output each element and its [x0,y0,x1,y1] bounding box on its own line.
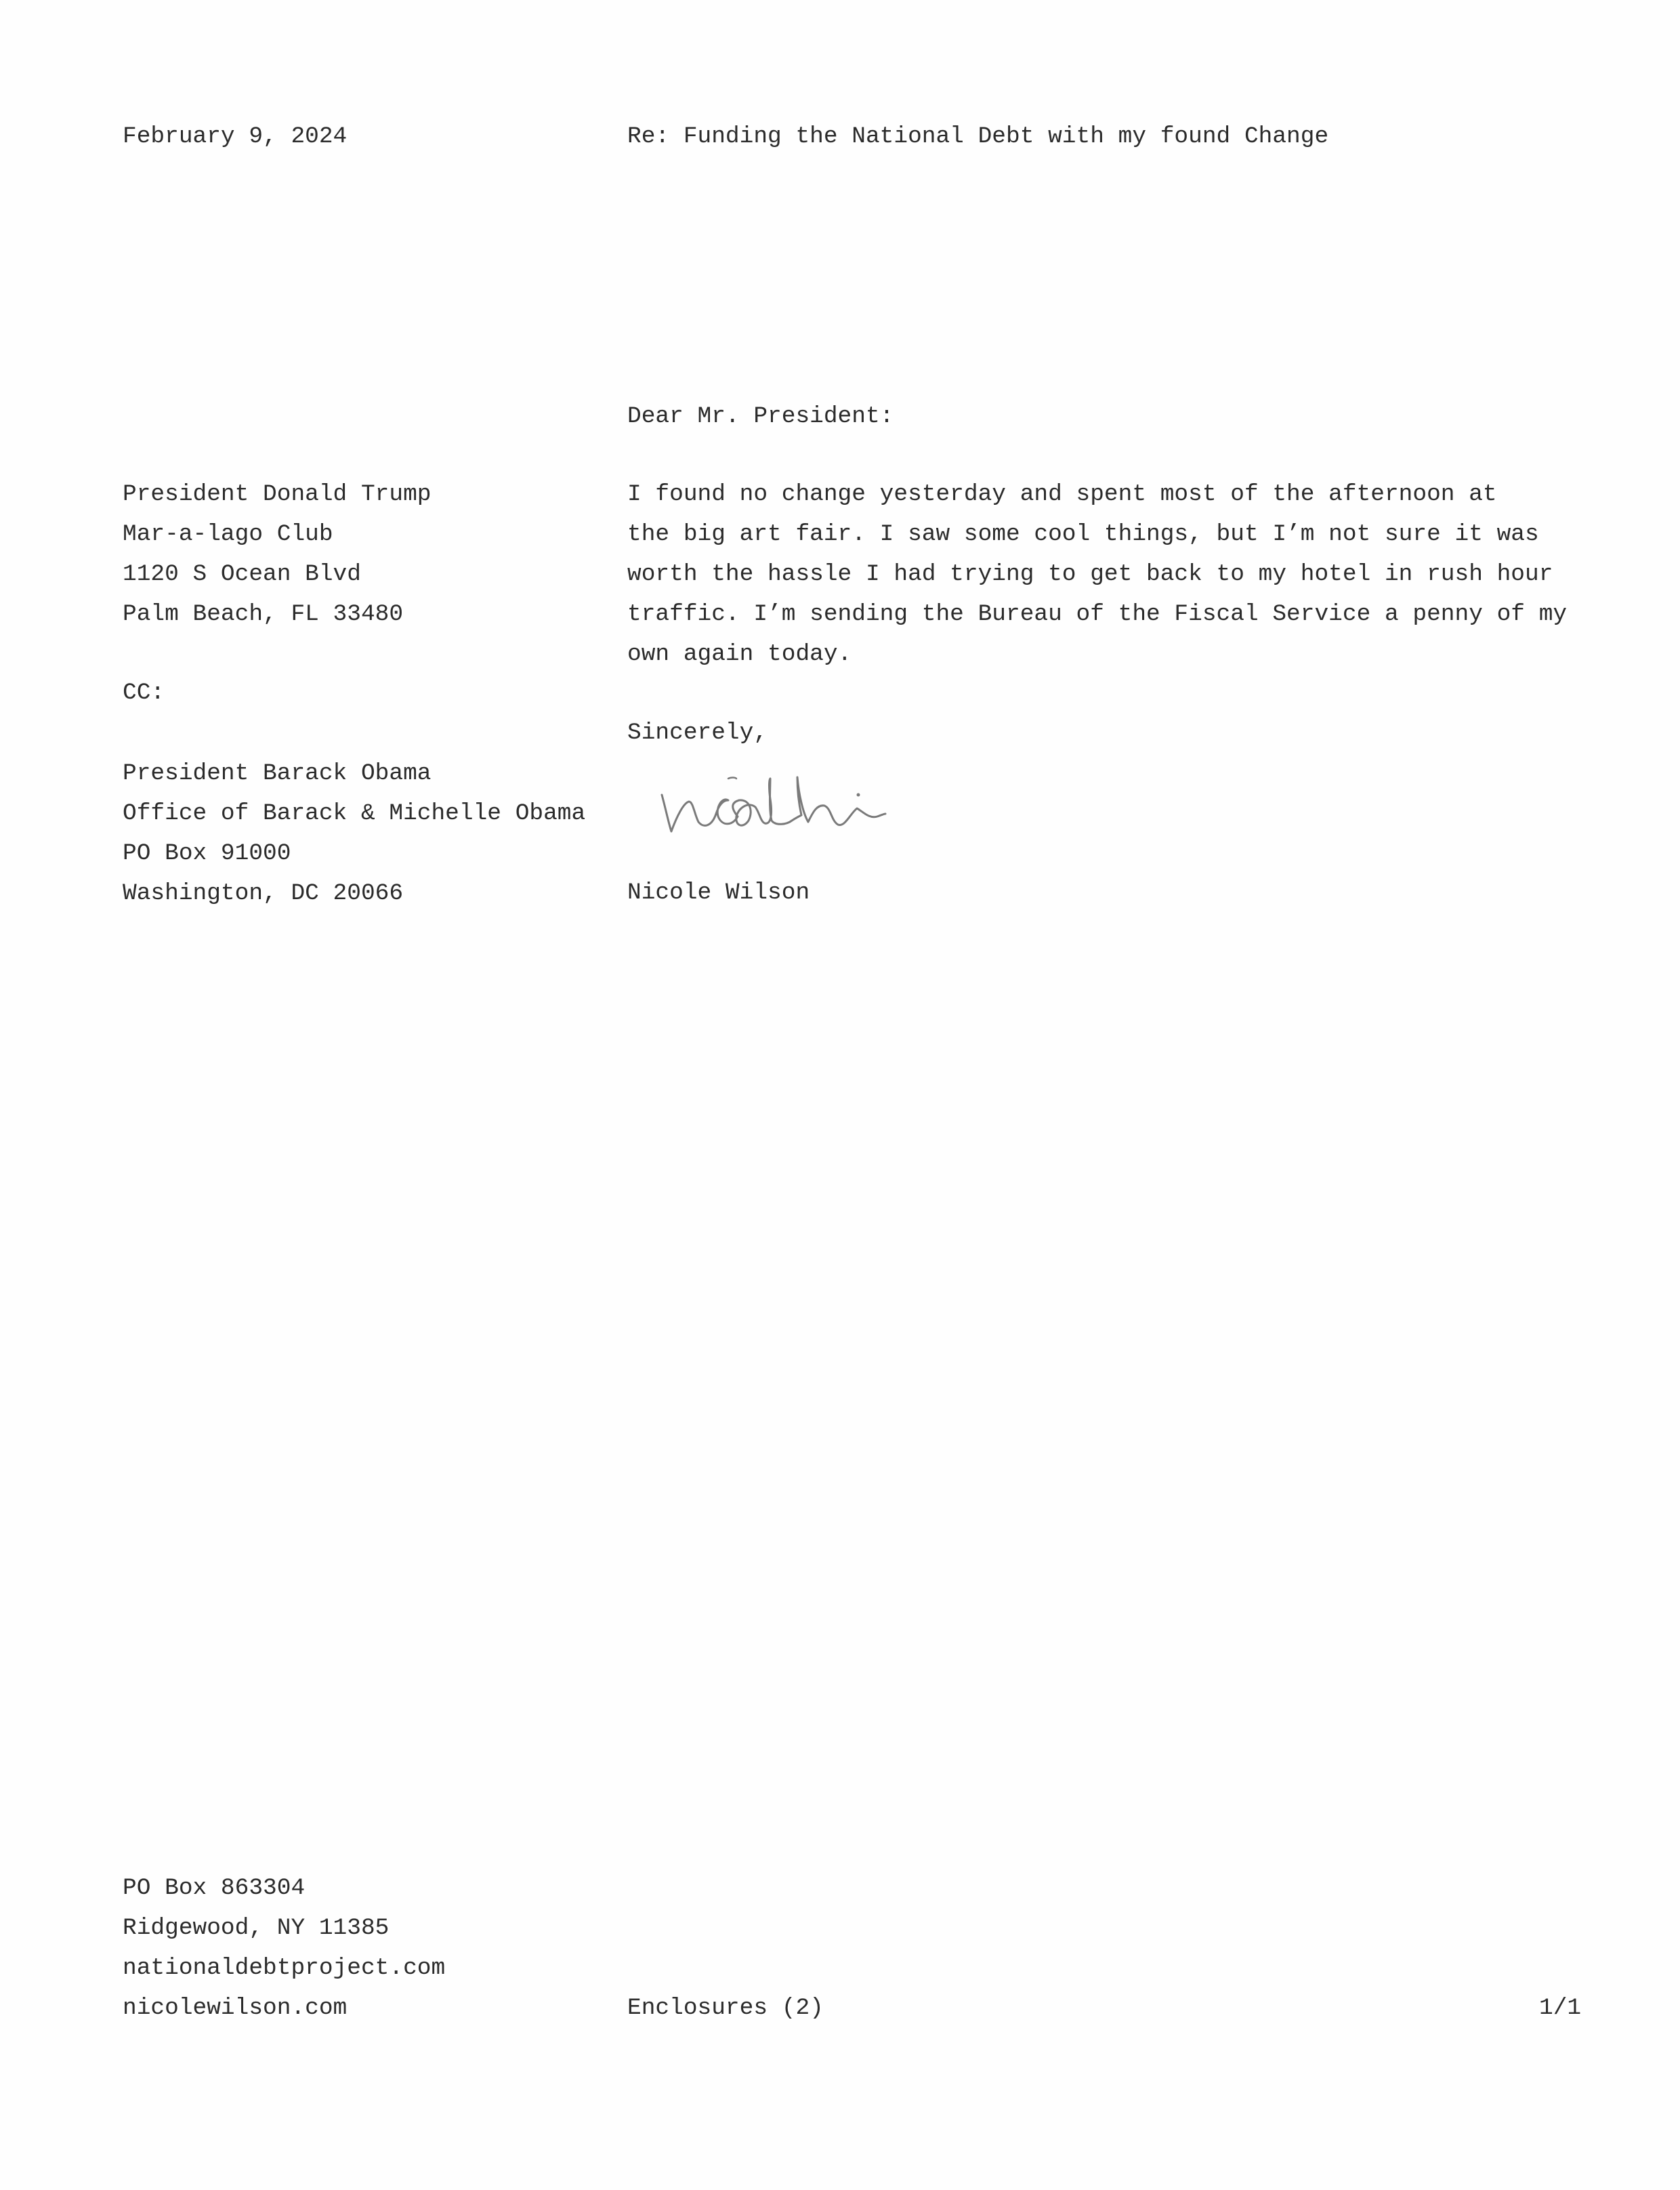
letter-subject: Re: Funding the National Debt with my fo… [627,117,1328,157]
cc-recipient-office: Office of Barack & Michelle Obama [123,793,585,833]
cc-recipient-pobox: PO Box 91000 [123,833,585,873]
salutation: Dear Mr. President: [627,396,894,436]
recipient-city: Palm Beach, FL 33480 [123,594,431,634]
cc-recipient-name: President Barack Obama [123,753,585,793]
sender-pobox: PO Box 863304 [123,1868,445,1908]
cc-recipient-city: Washington, DC 20066 [123,873,585,913]
cc-label: CC: [123,673,165,713]
signer-name: Nicole Wilson [627,873,810,913]
letter-body: I found no change yesterday and spent mo… [627,474,1567,674]
sender-website-1: nationaldebtproject.com [123,1948,445,1988]
sender-city: Ridgewood, NY 11385 [123,1908,445,1948]
sender-website-2: nicolewilson.com [123,1988,445,2028]
recipient-street: 1120 S Ocean Blvd [123,554,431,594]
recipient-name: President Donald Trump [123,474,431,514]
recipient-address: President Donald Trump Mar-a-lago Club 1… [123,474,431,634]
body-line: traffic. I’m sending the Bureau of the F… [627,594,1567,634]
letter-date: February 9, 2024 [123,117,347,157]
closing: Sincerely, [627,713,768,753]
recipient-line-2: Mar-a-lago Club [123,514,431,554]
enclosures-note: Enclosures (2) [627,1988,824,2028]
signature-icon [654,769,979,844]
sender-address: PO Box 863304 Ridgewood, NY 11385 nation… [123,1868,445,2028]
body-line: the big art fair. I saw some cool things… [627,514,1567,554]
body-line: I found no change yesterday and spent mo… [627,474,1567,514]
body-line: own again today. [627,634,1567,674]
cc-recipient-address: President Barack Obama Office of Barack … [123,753,585,913]
page-number: 1/1 [1539,1988,1581,2028]
body-line: worth the hassle I had trying to get bac… [627,554,1567,594]
letter-page: February 9, 2024 Re: Funding the Nationa… [0,0,1680,2190]
